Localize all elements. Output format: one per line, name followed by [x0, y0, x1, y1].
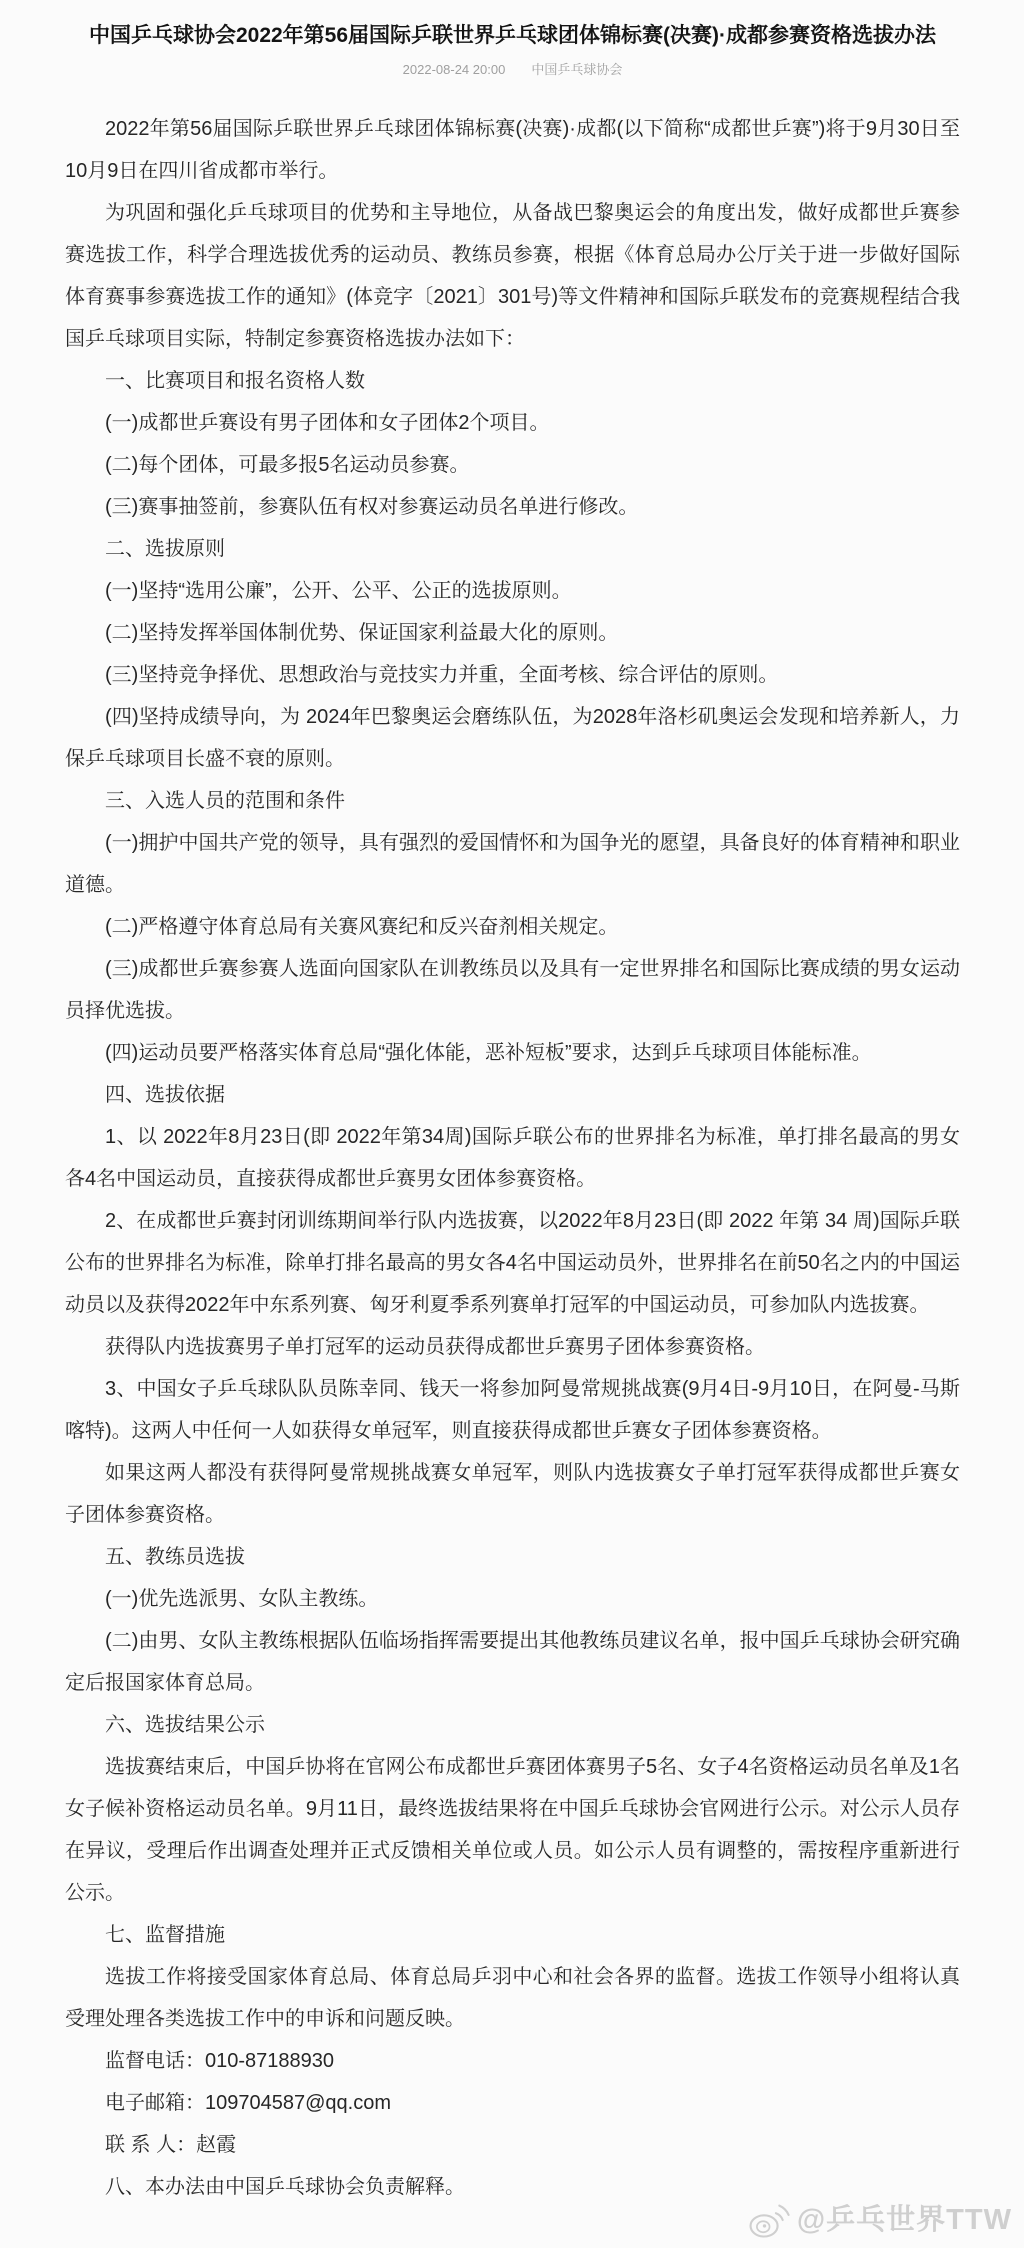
- paragraph: 2022年第56届国际乒联世界乒乓球团体锦标赛(决赛)·成都(以下简称“成都世乒…: [65, 108, 960, 192]
- paragraph: 一、比赛项目和报名资格人数: [65, 360, 960, 402]
- paragraph: (四)运动员要严格落实体育总局“强化体能，恶补短板”要求，达到乒乓球项目体能标准…: [65, 1032, 960, 1074]
- paragraph: 联 系 人：赵霞: [65, 2124, 960, 2166]
- paragraph: (一)拥护中国共产党的领导，具有强烈的爱国情怀和为国争光的愿望，具备良好的体育精…: [65, 822, 960, 906]
- paragraph: 2、在成都世乒赛封闭训练期间举行队内选拔赛，以2022年8月23日(即 2022…: [65, 1200, 960, 1326]
- paragraph: 3、中国女子乒乓球队队员陈幸同、钱天一将参加阿曼常规挑战赛(9月4日-9月10日…: [65, 1368, 960, 1452]
- paragraph: 五、教练员选拔: [65, 1536, 960, 1578]
- paragraph: 如果这两人都没有获得阿曼常规挑战赛女单冠军，则队内选拔赛女子单打冠军获得成都世乒…: [65, 1452, 960, 1536]
- publish-source: 中国乒乓球协会: [531, 62, 622, 77]
- paragraph: (二)坚持发挥举国体制优势、保证国家利益最大化的原则。: [65, 612, 960, 654]
- paragraph: 六、选拔结果公示: [65, 1704, 960, 1746]
- paragraph: 电子邮箱：109704587@qq.com: [65, 2082, 960, 2124]
- paragraph: (二)严格遵守体育总局有关赛风赛纪和反兴奋剂相关规定。: [65, 906, 960, 948]
- paragraph: 三、入选人员的范围和条件: [65, 780, 960, 822]
- paragraph: (三)坚持竞争择优、思想政治与竞技实力并重，全面考核、综合评估的原则。: [65, 654, 960, 696]
- document-body: 2022年第56届国际乒联世界乒乓球团体锦标赛(决赛)·成都(以下简称“成都世乒…: [65, 108, 960, 2208]
- paragraph: (三)赛事抽签前，参赛队伍有权对参赛运动员名单进行修改。: [65, 486, 960, 528]
- paragraph: (三)成都世乒赛参赛人选面向国家队在训教练员以及具有一定世界排名和国际比赛成绩的…: [65, 948, 960, 1032]
- paragraph: (二)由男、女队主教练根据队伍临场指挥需要提出其他教练员建议名单，报中国乒乓球协…: [65, 1620, 960, 1704]
- paragraph: 为巩固和强化乒乓球项目的优势和主导地位，从备战巴黎奥运会的角度出发，做好成都世乒…: [65, 192, 960, 360]
- paragraph: 四、选拔依据: [65, 1074, 960, 1116]
- paragraph: 获得队内选拔赛男子单打冠军的运动员获得成都世乒赛男子团体参赛资格。: [65, 1326, 960, 1368]
- publish-datetime: 2022-08-24 20:00: [403, 62, 506, 77]
- paragraph: 选拔工作将接受国家体育总局、体育总局乒羽中心和社会各界的监督。选拔工作领导小组将…: [65, 1956, 960, 2040]
- document: 中国乒乓球协会2022年第56届国际乒联世界乒乓球团体锦标赛(决赛)·成都参赛资…: [0, 0, 1024, 2248]
- paragraph: 七、监督措施: [65, 1914, 960, 1956]
- paragraph: 1、以 2022年8月23日(即 2022年第34周)国际乒联公布的世界排名为标…: [65, 1116, 960, 1200]
- paragraph: (二)每个团体，可最多报5名运动员参赛。: [65, 444, 960, 486]
- document-meta: 2022-08-24 20:00中国乒乓球协会: [65, 62, 960, 78]
- paragraph: (一)坚持“选用公廉”，公开、公平、公正的选拔原则。: [65, 570, 960, 612]
- paragraph: 二、选拔原则: [65, 528, 960, 570]
- paragraph: (一)优先选派男、女队主教练。: [65, 1578, 960, 1620]
- paragraph: 八、本办法由中国乒乓球协会负责解释。: [65, 2166, 960, 2208]
- document-title: 中国乒乓球协会2022年第56届国际乒联世界乒乓球团体锦标赛(决赛)·成都参赛资…: [65, 20, 960, 50]
- paragraph: (一)成都世乒赛设有男子团体和女子团体2个项目。: [65, 402, 960, 444]
- paragraph: 监督电话：010-87188930: [65, 2040, 960, 2082]
- paragraph: 选拔赛结束后，中国乒协将在官网公布成都世乒赛团体赛男子5名、女子4名资格运动员名…: [65, 1746, 960, 1914]
- paragraph: (四)坚持成绩导向，为 2024年巴黎奥运会磨练队伍，为2028年洛杉矶奥运会发…: [65, 696, 960, 780]
